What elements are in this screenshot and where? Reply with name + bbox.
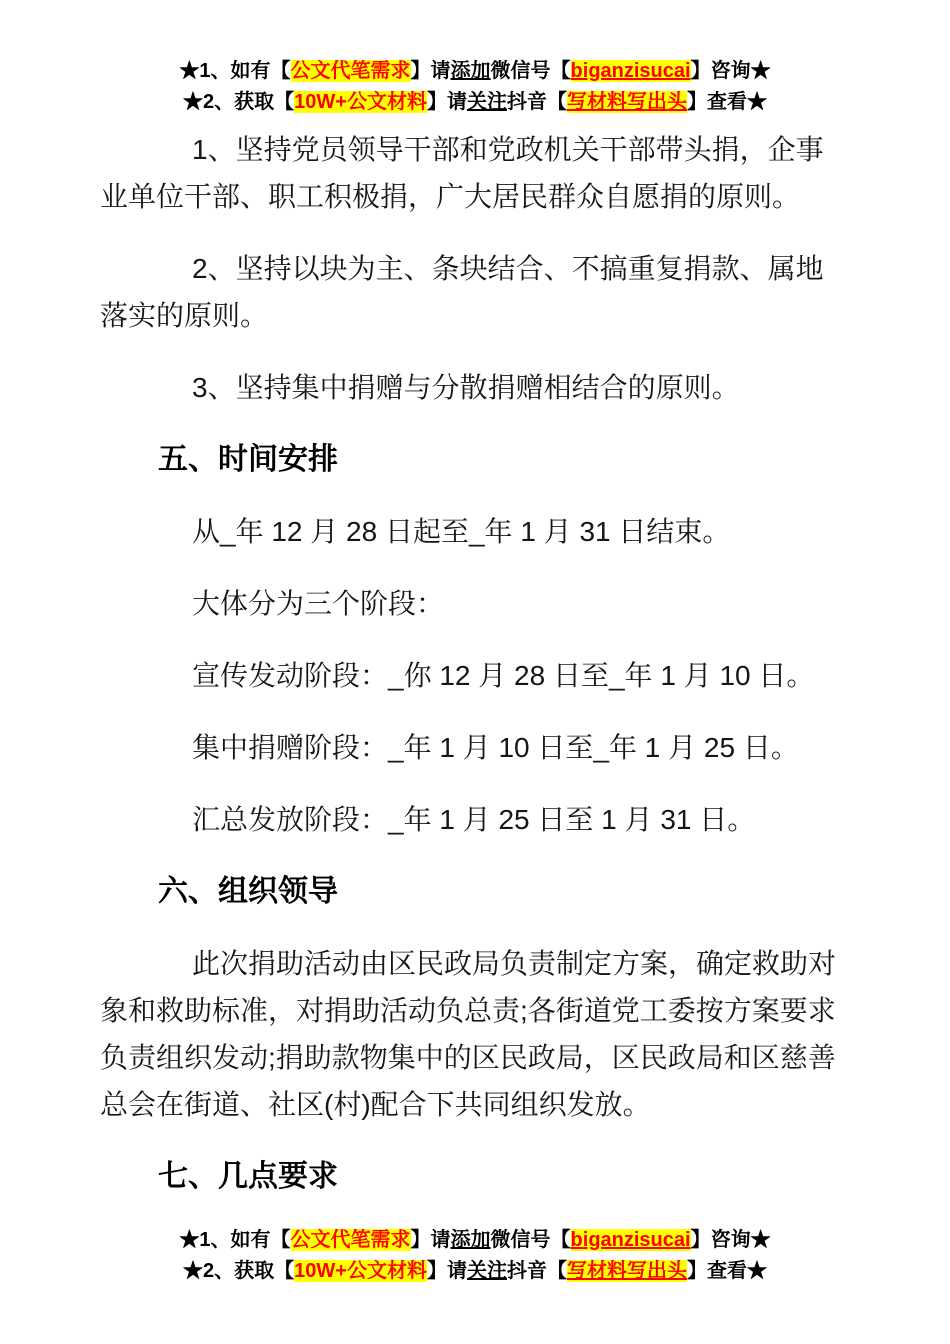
promo-banner-top: ★1、如有【公文代笔需求】请添加微信号【biganzisucai】咨询★ ★2、… [0, 56, 950, 118]
promo-text: 抖音【 [507, 91, 567, 113]
promo-text: 】请 [411, 60, 451, 82]
promo-text: ★2、获取【 [183, 91, 294, 113]
promo-text: 微信号【 [491, 60, 571, 82]
promo-text: 】请 [427, 91, 467, 113]
promo-highlight-need: 公文代笔需求 [291, 60, 411, 82]
body-paragraph: 3、坚持集中捐赠与分散捐赠相结合的原则。 [100, 364, 850, 411]
body-paragraph: 大体分为三个阶段： [100, 580, 850, 627]
body-paragraph: 集中捐赠阶段：_年 1 月 10 日至_年 1 月 25 日。 [100, 724, 850, 771]
promo-highlight-need: 公文代笔需求 [291, 1229, 411, 1251]
promo-text: 】查看★ [687, 91, 767, 113]
promo-banner-bottom: ★1、如有【公文代笔需求】请添加微信号【biganzisucai】咨询★ ★2、… [0, 1225, 950, 1287]
promo-highlight-account: biganzisucai [571, 1229, 691, 1251]
promo-text: ★1、如有【 [179, 60, 290, 82]
section-heading: 五、时间安排 [100, 436, 850, 483]
promo-text: 】咨询★ [691, 1229, 771, 1251]
body-paragraph: 1、坚持党员领导干部和党政机关干部带头捐，企事业单位干部、职工积极捐，广大居民群… [100, 126, 850, 220]
promo-highlight-account: biganzisucai [571, 60, 691, 82]
document-body: 1、坚持党员领导干部和党政机关干部带头捐，企事业单位干部、职工积极捐，广大居民群… [0, 118, 950, 1200]
body-paragraph: 从_年 12 月 28 日起至_年 1 月 31 日结束。 [100, 508, 850, 555]
body-paragraph: 2、坚持以块为主、条块结合、不搞重复捐款、属地落实的原则。 [100, 245, 850, 339]
promo-text: 抖音【 [507, 1260, 567, 1282]
body-paragraph: 宣传发动阶段：_你 12 月 28 日至_年 1 月 10 日。 [100, 652, 850, 699]
promo-line-2: ★2、获取【10W+公文材料】请关注抖音【写材料写出头】查看★ [0, 87, 950, 118]
promo-underline-action: 添加 [451, 1229, 491, 1251]
section-heading: 六、组织领导 [100, 868, 850, 915]
promo-line-2: ★2、获取【10W+公文材料】请关注抖音【写材料写出头】查看★ [0, 1256, 950, 1287]
promo-line-1: ★1、如有【公文代笔需求】请添加微信号【biganzisucai】咨询★ [0, 1225, 950, 1256]
promo-text: 】请 [427, 1260, 467, 1282]
promo-text: 】查看★ [687, 1260, 767, 1282]
body-paragraph: 此次捐助活动由区民政局负责制定方案，确定救助对象和救助标准，对捐助活动负总责;各… [100, 940, 850, 1128]
promo-text: 】请 [411, 1229, 451, 1251]
promo-underline-action: 关注 [467, 91, 507, 113]
body-paragraph: 汇总发放阶段：_年 1 月 25 日至 1 月 31 日。 [100, 796, 850, 843]
promo-text: ★1、如有【 [179, 1229, 290, 1251]
promo-line-1: ★1、如有【公文代笔需求】请添加微信号【biganzisucai】咨询★ [0, 56, 950, 87]
promo-highlight-need: 10W+公文材料 [294, 1260, 427, 1282]
promo-highlight-need: 10W+公文材料 [294, 91, 427, 113]
document-page: ★1、如有【公文代笔需求】请添加微信号【biganzisucai】咨询★ ★2、… [0, 0, 950, 1344]
promo-text: ★2、获取【 [183, 1260, 294, 1282]
promo-text: 】咨询★ [691, 60, 771, 82]
promo-underline-action: 添加 [451, 60, 491, 82]
promo-underline-action: 关注 [467, 1260, 507, 1282]
promo-highlight-account: 写材料写出头 [567, 91, 687, 113]
section-heading: 七、几点要求 [100, 1153, 850, 1200]
promo-text: 微信号【 [491, 1229, 571, 1251]
promo-highlight-account: 写材料写出头 [567, 1260, 687, 1282]
